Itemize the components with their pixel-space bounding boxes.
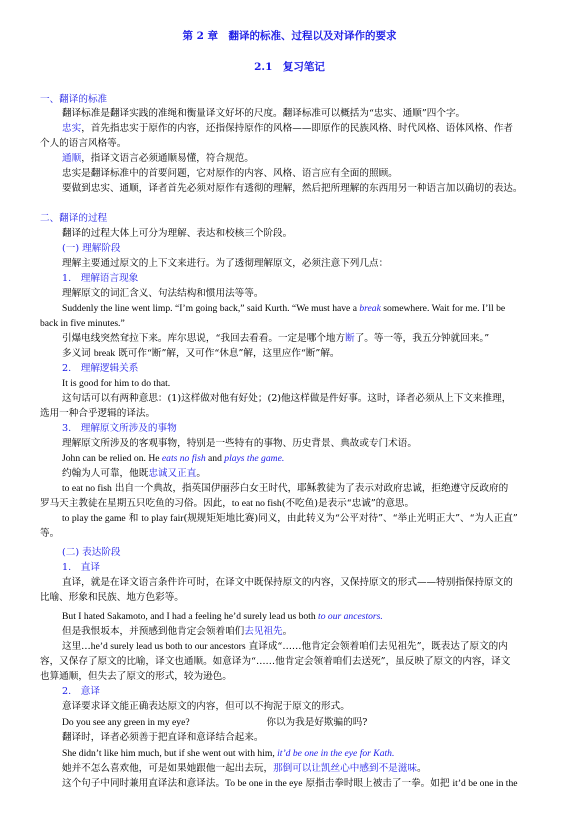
text-segment: 2. 意译 <box>62 686 100 697</box>
text-line: 也算通顺，但失去了原文的形式，较为逊色。 <box>40 670 232 683</box>
highlighted-text: 通顺 <box>62 153 81 164</box>
text-line: 罗马天主教徒在星期五只吃鱼的习俗。因此，to eat no fish(不吃鱼)是… <box>40 497 414 510</box>
text-line: It is good for him to do that. <box>62 377 170 390</box>
text-segment: 忠实是翻译标准中的首要问题，它对原作的内容、风格、语言应有全面的照顾。 <box>62 168 398 179</box>
text-segment: 和 <box>126 513 142 524</box>
text-segment: 也算通顺，但失去了原文的形式，较为逊色。 <box>40 671 232 682</box>
text-segment: 多义词 <box>62 348 94 359</box>
text-line: 忠实是翻译标准中的首要问题，它对原作的内容、风格、语言应有全面的照顾。 <box>62 167 398 180</box>
text-segment: Suddenly the line went limp. “I’m going … <box>62 303 359 314</box>
text-segment: (规规矩矩地比赛)同义，由此转义为“公平对待”、“举止光明正大”、“为人正直” <box>183 513 517 524</box>
text-segment: 选用一种合乎逻辑的译法。 <box>40 408 155 419</box>
highlighted-text: break <box>359 303 381 314</box>
text-segment: to eat no fish <box>232 498 282 509</box>
text-segment: 原指击拳时眼上被击了一拳。如把 <box>302 778 452 789</box>
text-segment: 个人的语言风格等。 <box>40 138 126 149</box>
highlighted-text: it’d be one in the eye for Kath. <box>277 748 394 759</box>
text-segment: 直译成“……他肯定会领着咱们去见祖先”，既表达了原文的内 <box>246 641 508 652</box>
highlighted-text: 断 <box>345 333 355 344</box>
text-line: Do you see any green in my eye? 你以为我是好欺骗… <box>62 716 367 729</box>
section-heading: (二) 表达阶段 <box>62 546 121 559</box>
text-line: 理解原文的词汇含义、句法结构和惯用法等等。 <box>62 287 263 300</box>
section-heading: 1. 直译 <box>62 561 100 574</box>
text-segment: 直译，就是在译文语言条件许可时，在译文中既保持原文的内容，又保持原文的形式——特… <box>62 577 513 588</box>
text-segment: She didn’t like him much, but if she wen… <box>62 748 277 759</box>
text-segment: (二) 表达阶段 <box>62 547 121 558</box>
text-line: 翻译的过程大体上可分为理解、表达和校核三个阶段。 <box>62 227 292 240</box>
text-segment: 意译要求译文能正确表达原文的内容，但可以不拘泥于原文的形式。 <box>62 701 350 712</box>
highlighted-text: to our ancestors. <box>318 611 383 622</box>
section-heading: (一) 理解阶段 <box>62 242 121 255</box>
text-segment: it’d be one in the <box>453 778 518 789</box>
text-segment: 这句话可以有两种意思：(1)这样做对他有好处；(2)他这样做是件好事。这时，译者… <box>62 393 511 404</box>
text-segment: 理解主要通过原文的上下文来进行。为了透彻理解原文，必须注意下列几点： <box>62 258 388 269</box>
text-segment: somewhere. Wait for me. I’ll be <box>381 303 505 314</box>
text-segment: and <box>206 453 225 464</box>
text-line: 等。 <box>40 527 59 540</box>
text-segment: Do you see any green in my eye? <box>62 717 190 728</box>
text-line: 通顺，指译文语言必须通顺易懂，符合规范。 <box>62 152 254 165</box>
highlighted-text: 那倒可以让凯丝心中感到不是滋味 <box>273 763 417 774</box>
text-segment: (一) 理解阶段 <box>62 243 121 254</box>
text-segment: 2. 理解逻辑关系 <box>62 363 138 374</box>
text-segment: 。 <box>283 626 293 637</box>
text-segment: 出自一个典故，指英国伊丽莎白女王时代，耶稣教徒为了表示对政府忠诚，拒绝遵守反政府… <box>112 483 508 494</box>
text-segment: 要做到忠实、通顺，译者首先必须对原作有透彻的理解，然后把所理解的东西用另一种语言… <box>62 183 523 194</box>
text-line: 忠实，首先指忠实于原作的内容，还指保持原作的风格——即原作的民族风格、时代风格、… <box>62 122 513 135</box>
highlighted-text: eats no fish <box>162 453 206 464</box>
text-segment: 理解原文所涉及的客观事物，特别是一些特有的事物、历史背景、典故或专门术语。 <box>62 438 417 449</box>
text-segment: 你以为我是好欺骗的吗? <box>190 717 368 728</box>
text-segment: 二、翻译的过程 <box>40 213 107 224</box>
text-segment: to play fair <box>141 513 183 524</box>
text-segment: 1. 直译 <box>62 562 100 573</box>
text-line: 个人的语言风格等。 <box>40 137 126 150</box>
text-line: 意译要求译文能正确表达原文的内容，但可以不拘泥于原文的形式。 <box>62 700 350 713</box>
text-segment: 3. 理解原文所涉及的事物 <box>62 423 177 434</box>
text-segment: (不吃鱼)是表示“忠诚”的意思。 <box>282 498 414 509</box>
text-line: 但是我恨坂本，并预感到他肯定会领着咱们去见祖先。 <box>62 625 292 638</box>
highlighted-text: 忠实 <box>62 123 81 134</box>
text-line: 理解原文所涉及的客观事物，特别是一些特有的事物、历史背景、典故或专门术语。 <box>62 437 417 450</box>
document-page: 第 2 章 翻译的标准、过程以及对译作的要求 2.1 复习笔记 一、翻译的标准翻… <box>0 0 579 822</box>
section-heading: 二、翻译的过程 <box>40 212 107 225</box>
text-segment: he’d surely lead us both to our ancestor… <box>91 641 246 652</box>
text-segment: 。 <box>196 468 206 479</box>
text-segment: to play the game <box>62 513 126 524</box>
text-line: Suddenly the line went limp. “I’m going … <box>62 302 505 315</box>
text-segment: 约翰为人可靠，他既 <box>62 468 148 479</box>
text-segment: John can be relied on. He <box>62 453 162 464</box>
section-heading: 2. 意译 <box>62 685 100 698</box>
section-heading: 一、翻译的标准 <box>40 93 107 106</box>
text-line: to play the game 和 to play fair(规规矩矩地比赛)… <box>62 512 518 525</box>
text-line: 这个句子中同时兼用直译法和意译法。To be one in the eye 原指… <box>62 777 518 790</box>
text-line: 这句话可以有两种意思：(1)这样做对他有好处；(2)他这样做是件好事。这时，译者… <box>62 392 511 405</box>
text-segment: break <box>94 348 115 359</box>
text-segment: 等。 <box>40 528 59 539</box>
text-line: 这里…he’d surely lead us both to our ances… <box>62 640 508 653</box>
text-segment: 罗马天主教徒在星期五只吃鱼的习俗。因此， <box>40 498 232 509</box>
text-segment: to eat no fish <box>62 483 112 494</box>
text-line: 翻译标准是翻译实践的准绳和衡量译文好坏的尺度。翻译标准可以概括为“忠实、通顺”四… <box>62 107 465 120</box>
chapter-title: 第 2 章 翻译的标准、过程以及对译作的要求 <box>0 30 579 43</box>
text-segment: 翻译标准是翻译实践的准绳和衡量译文好坏的尺度。翻译标准可以概括为“忠实、通顺”四… <box>62 108 465 119</box>
text-line: 比喻、形象和民族、地方色彩等。 <box>40 591 184 604</box>
text-line: 翻译时，译者必须善于把直译和意译结合起来。 <box>62 731 263 744</box>
text-segment: 一、翻译的标准 <box>40 94 107 105</box>
section-heading: 3. 理解原文所涉及的事物 <box>62 422 177 435</box>
text-segment: 比喻、形象和民族、地方色彩等。 <box>40 592 184 603</box>
section-title: 2.1 复习笔记 <box>0 61 579 74</box>
highlighted-text: 去见祖先 <box>244 626 282 637</box>
text-segment: 容，又保存了原文的比喻，译文也通顺。如意译为“……他肯定会领着咱们去送死”，虽反… <box>40 656 510 667</box>
highlighted-text: plays the game. <box>224 453 284 464</box>
text-segment: 但是我恨坂本，并预感到他肯定会领着咱们 <box>62 626 244 637</box>
section-heading: 2. 理解逻辑关系 <box>62 362 138 375</box>
text-line: She didn’t like him much, but if she wen… <box>62 747 394 760</box>
text-segment: 她并不怎么喜欢他，可是如果她跟他一起出去玩， <box>62 763 273 774</box>
text-line: 容，又保存了原文的比喻，译文也通顺。如意译为“……他肯定会领着咱们去送死”，虽反… <box>40 655 510 668</box>
text-line: 多义词 break 既可作“断”解，又可作“休息”解，这里应作“断”解。 <box>62 347 340 360</box>
text-line: 理解主要通过原文的上下文来进行。为了透彻理解原文，必须注意下列几点： <box>62 257 388 270</box>
text-segment: ，首先指忠实于原作的内容，还指保持原作的风格——即原作的民族风格、时代风格、语体… <box>81 123 513 134</box>
text-line: 引爆电线突然耷拉下来。库尔思说，“我回去看看。一定是哪个地方断了。等一等，我五分… <box>62 332 489 345</box>
text-line: 选用一种合乎逻辑的译法。 <box>40 407 155 420</box>
text-segment: back in five minutes.” <box>40 318 125 329</box>
text-segment: 。 <box>417 763 427 774</box>
text-segment: 翻译时，译者必须善于把直译和意译结合起来。 <box>62 732 263 743</box>
text-segment: To be one in the eye <box>225 778 302 789</box>
text-line: 直译，就是在译文语言条件许可时，在译文中既保持原文的内容，又保持原文的形式——特… <box>62 576 513 589</box>
text-segment: 1. 理解语言现象 <box>62 273 138 284</box>
text-line: But I hated Sakamoto, and I had a feelin… <box>62 610 383 623</box>
text-segment: But I hated Sakamoto, and I had a feelin… <box>62 611 318 622</box>
text-segment: 翻译的过程大体上可分为理解、表达和校核三个阶段。 <box>62 228 292 239</box>
text-segment: 了。等一等，我五分钟就回来。” <box>355 333 489 344</box>
text-line: 她并不怎么喜欢他，可是如果她跟他一起出去玩，那倒可以让凯丝心中感到不是滋味。 <box>62 762 427 775</box>
text-segment: 既可作“断”解，又可作“休息”解，这里应作“断”解。 <box>115 348 339 359</box>
text-segment: It is good for him to do that. <box>62 378 170 389</box>
text-segment: 这个句子中同时兼用直译法和意译法。 <box>62 778 225 789</box>
text-line: back in five minutes.” <box>40 317 125 330</box>
text-line: 约翰为人可靠，他既忠诚又正直。 <box>62 467 206 480</box>
text-line: John can be relied on. He eats no fish a… <box>62 452 284 465</box>
text-line: 要做到忠实、通顺，译者首先必须对原作有透彻的理解，然后把所理解的东西用另一种语言… <box>62 182 523 195</box>
text-segment: ，指译文语言必须通顺易懂，符合规范。 <box>81 153 254 164</box>
text-segment: 引爆电线突然耷拉下来。库尔思说，“我回去看看。一定是哪个地方 <box>62 333 345 344</box>
section-heading: 1. 理解语言现象 <box>62 272 138 285</box>
highlighted-text: 忠诚又正直 <box>148 468 196 479</box>
text-segment: 这里… <box>62 641 91 652</box>
text-line: to eat no fish 出自一个典故，指英国伊丽莎白女王时代，耶稣教徒为了… <box>62 482 508 495</box>
text-segment: 理解原文的词汇含义、句法结构和惯用法等等。 <box>62 288 263 299</box>
